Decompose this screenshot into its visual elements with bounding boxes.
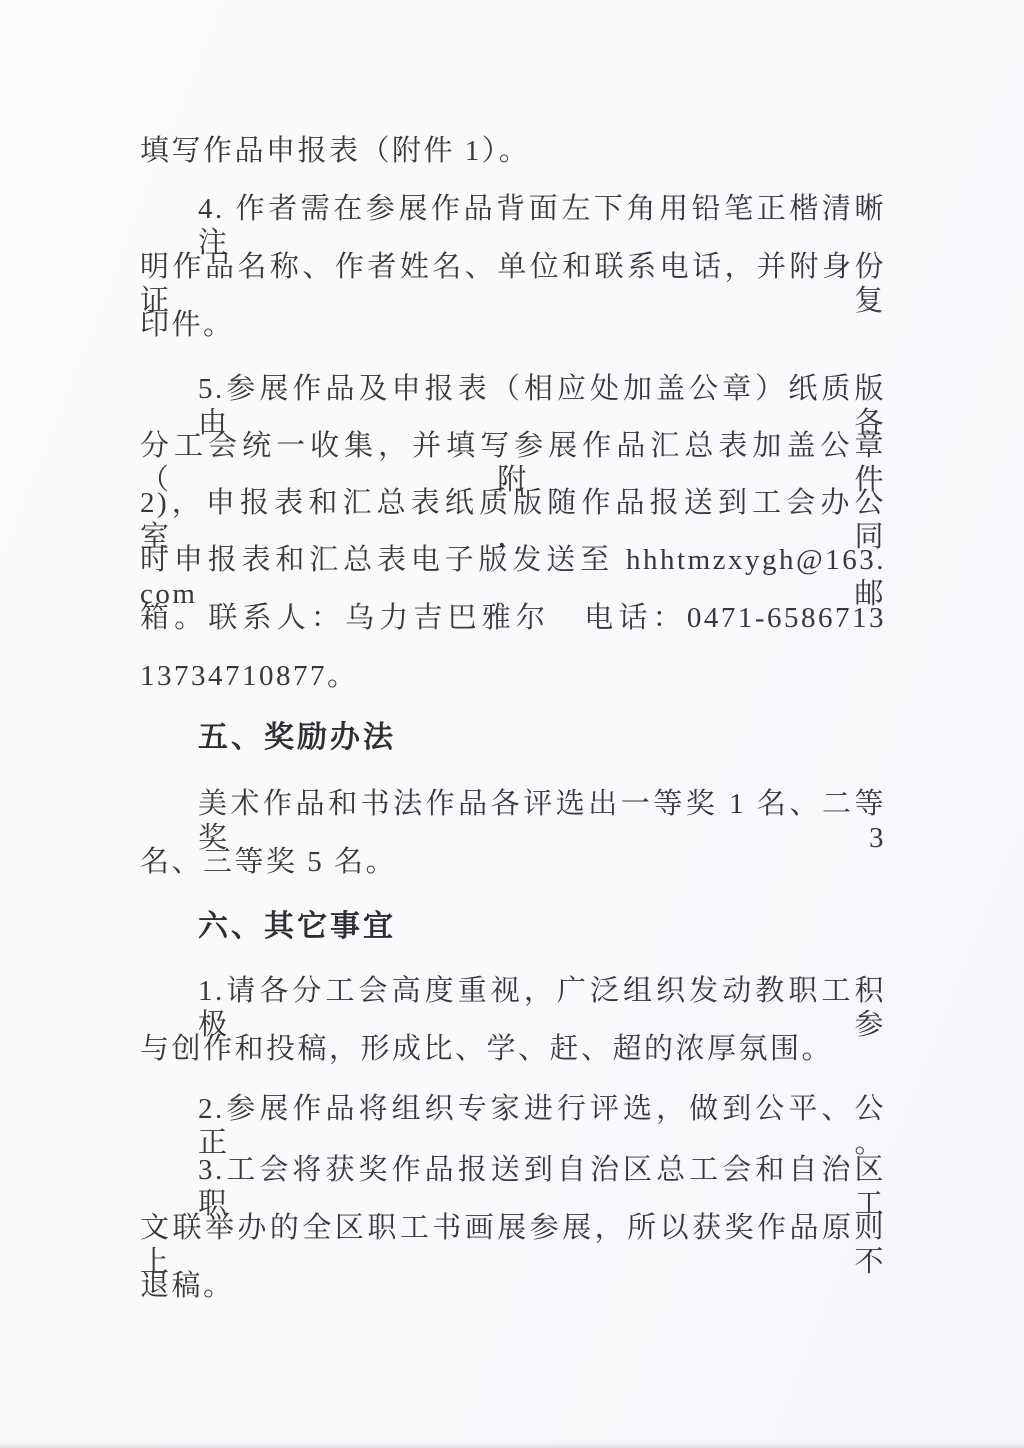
text-line: 印件。: [140, 308, 886, 342]
section-heading-other: 六、其它事宜: [140, 910, 886, 944]
text-line: 2.参展作品将组织专家进行评选，做到公平、公正。: [140, 1092, 886, 1160]
scanned-page: 填写作品申报表（附件 1）。 4. 作者需在参展作品背面左下角用铅笔正楷清晰注 …: [0, 0, 1024, 1448]
text-line-contact: 箱。联系人：乌力吉巴雅尔 电话：0471-6586713: [140, 601, 886, 635]
text-line: 填写作品申报表（附件 1）。: [140, 134, 886, 168]
text-line-mobile-phone: 13734710877。: [140, 659, 886, 693]
text-line: 名、三等奖 5 名。: [140, 845, 886, 879]
section-heading-awards: 五、奖励办法: [140, 721, 886, 755]
text-line: 与创作和投稿，形成比、学、赶、超的浓厚氛围。: [140, 1032, 886, 1066]
text-line: 退稿。: [140, 1269, 886, 1303]
